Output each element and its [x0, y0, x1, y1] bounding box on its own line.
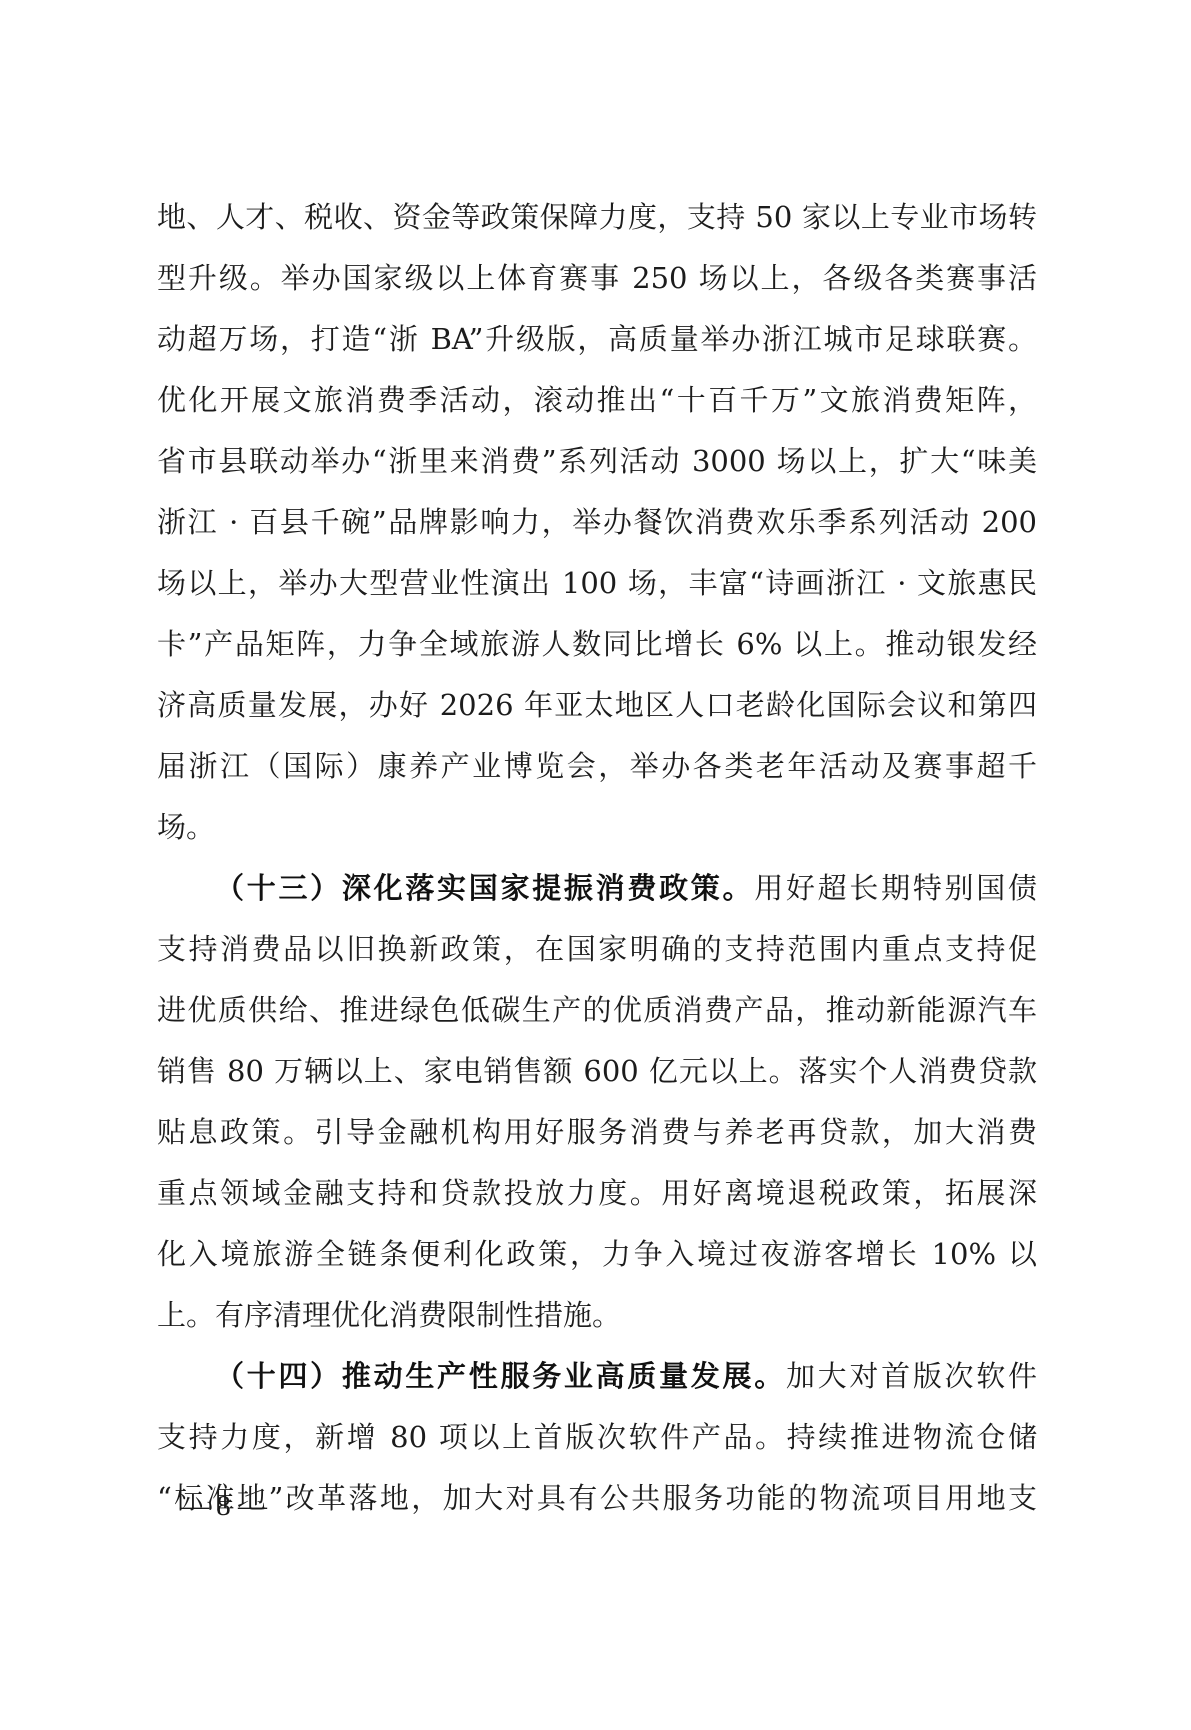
page-number: — 8 — — [180, 1486, 267, 1526]
paragraph-line: 化入境旅游全链条便利化政策，力争入境过夜游客增长 10% 以 — [157, 1234, 1037, 1294]
paragraph-line: 销售 80 万辆以上、家电销售额 600 亿元以上。落实个人消费贷款 — [157, 1051, 1037, 1111]
paragraph-line: 贴息政策。引导金融机构用好服务消费与养老再贷款，加大消费 — [157, 1112, 1037, 1172]
paragraph-line: 届浙江（国际）康养产业博览会，举办各类老年活动及赛事超千 — [157, 746, 1037, 806]
paragraph-line: 动超万场，打造“浙 BA”升级版，高质量举办浙江城市足球联赛。 — [157, 319, 1037, 379]
paragraph-line: 上。有序清理优化消费限制性措施。 — [157, 1295, 621, 1355]
paragraph-line: 优化开展文旅消费季活动，滚动推出“十百千万”文旅消费矩阵， — [157, 380, 1037, 440]
paragraph-line: 省市县联动举办“浙里来消费”系列活动 3000 场以上，扩大“味美 — [157, 441, 1037, 501]
paragraph-line: 重点领域金融支持和贷款投放力度。用好离境退税政策，拓展深 — [157, 1173, 1037, 1233]
section-14-first-line: （十四）推动生产性服务业高质量发展。加大对首版次软件 — [215, 1356, 1037, 1416]
paragraph-line: 地、人才、税收、资金等政策保障力度，支持 50 家以上专业市场转 — [157, 197, 1037, 257]
section-13-first-line-text: 用好超长期特别国债 — [754, 871, 1037, 905]
paragraph-line: 支持力度，新增 80 项以上首版次软件产品。持续推进物流仓储 — [157, 1417, 1037, 1477]
paragraph-line: 济高质量发展，办好 2026 年亚太地区人口老龄化国际会议和第四 — [157, 685, 1037, 745]
document-page: 地、人才、税收、资金等政策保障力度，支持 50 家以上专业市场转 型升级。举办国… — [0, 0, 1191, 1730]
section-13-first-line: （十三）深化落实国家提振消费政策。用好超长期特别国债 — [215, 868, 1037, 928]
section-13-heading: （十三）深化落实国家提振消费政策。 — [215, 871, 754, 905]
paragraph-line: 场以上，举办大型营业性演出 100 场，丰富“诗画浙江 · 文旅惠民 — [157, 563, 1037, 623]
section-14-first-line-text: 加大对首版次软件 — [786, 1359, 1037, 1393]
paragraph-line: 场。 — [157, 807, 215, 867]
section-14-heading: （十四）推动生产性服务业高质量发展。 — [215, 1359, 786, 1393]
paragraph-line: “标准地”改革落地，加大对具有公共服务功能的物流项目用地支 — [157, 1478, 1037, 1538]
paragraph-line: 支持消费品以旧换新政策，在国家明确的支持范围内重点支持促 — [157, 929, 1037, 989]
paragraph-line: 进优质供给、推进绿色低碳生产的优质消费产品，推动新能源汽车 — [157, 990, 1037, 1050]
paragraph-line: 型升级。举办国家级以上体育赛事 250 场以上，各级各类赛事活 — [157, 258, 1037, 318]
paragraph-line: 浙江 · 百县千碗”品牌影响力，举办餐饮消费欢乐季系列活动 200 — [157, 502, 1037, 562]
paragraph-line: 卡”产品矩阵，力争全域旅游人数同比增长 6% 以上。推动银发经 — [157, 624, 1037, 684]
